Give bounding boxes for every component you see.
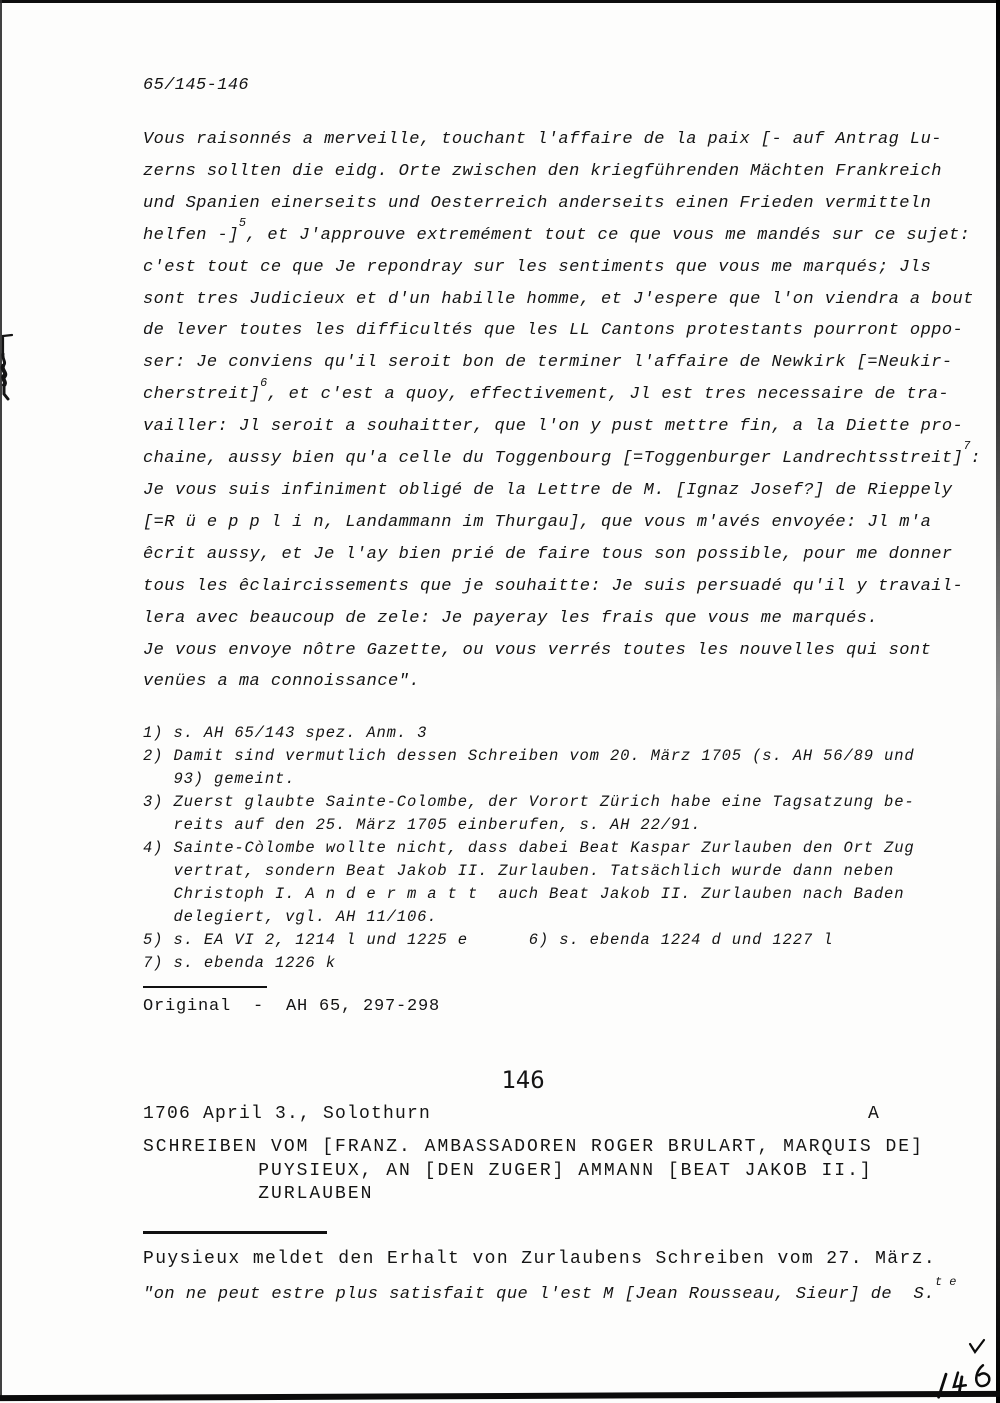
text-line: 5) s. EA VI 2, 1214 l und 1225 e 6) s. e… <box>143 929 915 952</box>
text-line: tous les êclaircissements que je souhait… <box>143 571 981 603</box>
text-line: 3) Zuerst glaubte Sainte-Colombe, der Vo… <box>143 791 915 814</box>
scanned-document-page: 65/145-146 Vous raisonnés a merveille, t… <box>0 0 1000 1403</box>
handwritten-page-number <box>930 1330 1000 1402</box>
text-line: ZURLAUBEN <box>143 1183 924 1207</box>
entry-summary: Puysieux meldet den Erhalt von Zurlauben… <box>143 1249 936 1269</box>
divider-above-summary <box>143 1231 327 1234</box>
text-line: 2) Damit sind vermutlich dessen Schreibe… <box>143 745 915 768</box>
text-line: ser: Je conviens qu'il seroit bon de ter… <box>143 347 981 379</box>
text-line: reits auf den 25. März 1705 einberufen, … <box>143 814 915 837</box>
text-line: c'est tout ce que Je repondray sur les s… <box>143 252 981 284</box>
text-line: 4) Sainte-Còlombe wollte nicht, dass dab… <box>143 837 915 860</box>
scan-edge-left <box>0 0 2 1396</box>
entry-title: SCHREIBEN VOM [FRANZ. AMBASSADOREN ROGER… <box>143 1136 924 1207</box>
text-line: Je vous envoye nôtre Gazette, ou vous ve… <box>143 635 981 667</box>
text-line: de lever toutes les difficultés que les … <box>143 315 981 347</box>
scan-edge-right <box>996 0 1000 1403</box>
text-line: und Spanien einerseits und Oesterreich a… <box>143 188 981 220</box>
entry-series-letter: A <box>868 1104 879 1124</box>
scan-edge-bottom <box>0 1391 1000 1401</box>
text-line: cherstreit]6, et c'est a quoy, effective… <box>143 379 981 411</box>
text-line: 93) gemeint. <box>143 768 915 791</box>
text-line: zerns sollten die eidg. Orte zwischen de… <box>143 156 981 188</box>
text-line: Vous raisonnés a merveille, touchant l'a… <box>143 124 981 156</box>
handwritten-margin-mark <box>0 332 15 410</box>
source-reference: Original - AH 65, 297-298 <box>143 997 440 1016</box>
page-header: 65/145-146 <box>143 76 249 95</box>
text-line: PUYSIEUX, AN [DEN ZUGER] AMMANN [BEAT JA… <box>143 1160 924 1184</box>
text-line: helfen -]5, et J'approuve extremément to… <box>143 220 981 252</box>
entry-quote: "on ne peut estre plus satisfait que l'e… <box>143 1285 956 1304</box>
checkmark-icon <box>970 1340 984 1352</box>
entry-number-heading: 146 <box>46 1066 1000 1094</box>
text-line: Je vous suis infiniment obligé de la Let… <box>143 475 981 507</box>
text-line: SCHREIBEN VOM [FRANZ. AMBASSADOREN ROGER… <box>143 1136 924 1160</box>
text-line: delegiert, vgl. AH 11/106. <box>143 906 915 929</box>
scan-edge-top <box>0 0 1000 3</box>
text-line: êcrit aussy, et Je l'ay bien prié de fai… <box>143 539 981 571</box>
text-line: chaine, aussy bien qu'a celle du Toggenb… <box>143 443 981 475</box>
text-line: sont tres Judicieux et d'un habille homm… <box>143 284 981 316</box>
text-line: 7) s. ebenda 1226 k <box>143 952 915 975</box>
footnotes-block: 1) s. AH 65/143 spez. Anm. 32) Damit sin… <box>143 722 915 975</box>
letter-transcription: Vous raisonnés a merveille, touchant l'a… <box>143 124 981 698</box>
text-line: 1) s. AH 65/143 spez. Anm. 3 <box>143 722 915 745</box>
text-line: [=R ü e p p l i n, Landammann im Thurgau… <box>143 507 981 539</box>
divider-above-source <box>143 986 267 988</box>
text-line: lera avec beaucoup de zele: Je payeray l… <box>143 603 981 635</box>
text-line: vailler: Jl seroit a souhaitter, que l'o… <box>143 411 981 443</box>
entry-dateline: 1706 April 3., Solothurn <box>143 1104 431 1124</box>
text-line: Christoph I. A n d e r m a t t auch Beat… <box>143 883 915 906</box>
text-line: vertrat, sondern Beat Jakob II. Zurlaube… <box>143 860 915 883</box>
text-line: venües a ma connoissance". <box>143 666 981 698</box>
